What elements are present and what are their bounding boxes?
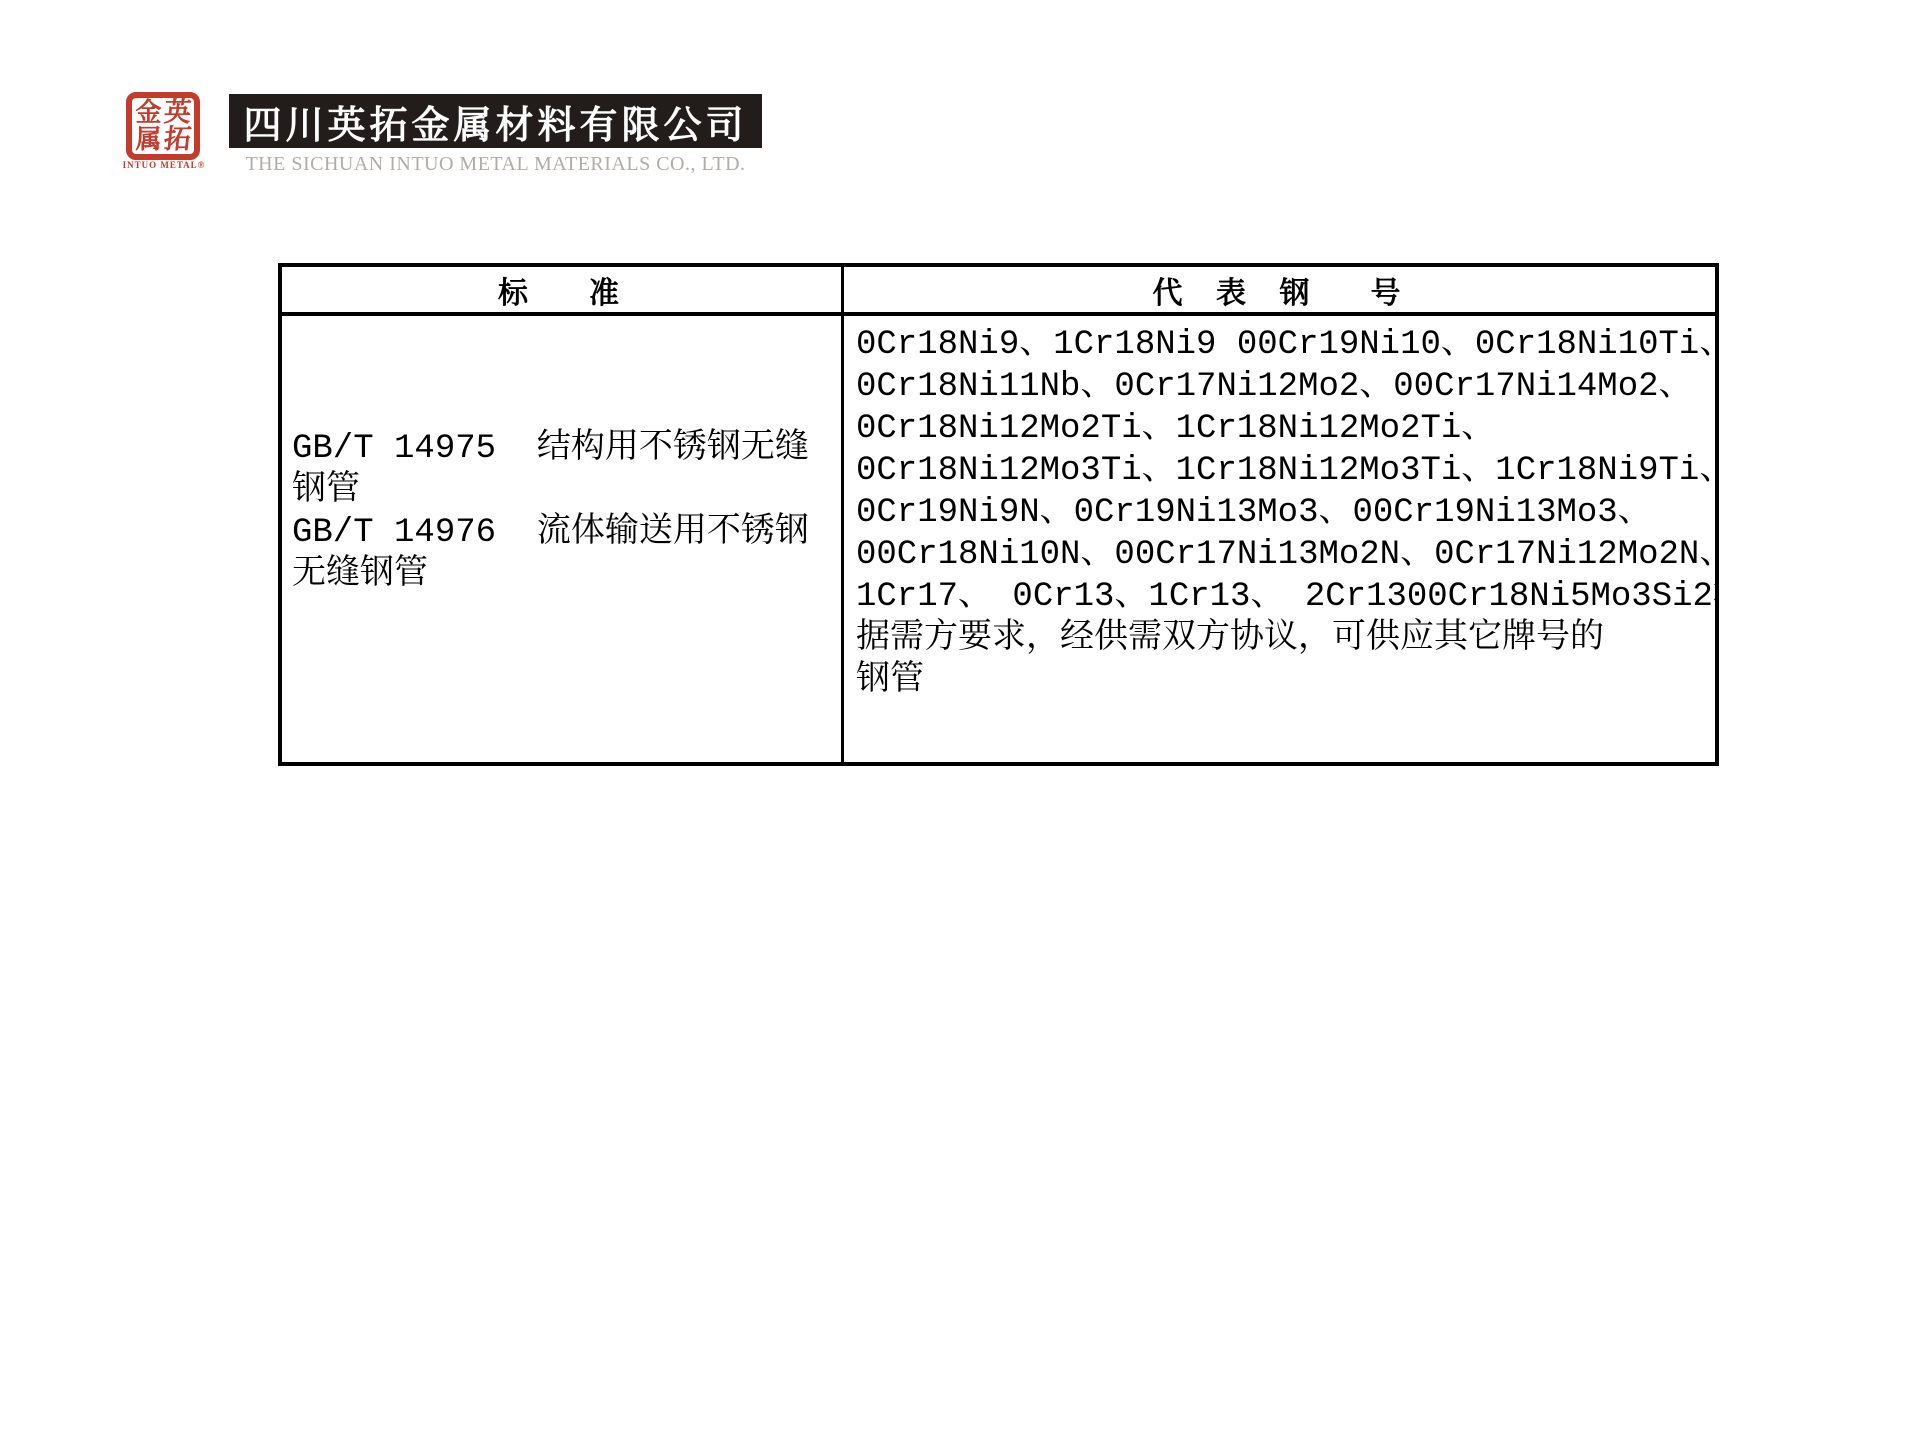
text-line: 0Cr18Ni11Nb、0Cr17Ni12Mo2、00Cr17Ni14Mo2、 bbox=[856, 366, 1707, 408]
company-subtitle: THE SICHUAN INTUO METAL MATERIALS CO., L… bbox=[245, 153, 745, 176]
text-line: 0Cr18Ni12Mo2Ti、1Cr18Ni12Mo2Ti、 bbox=[856, 408, 1707, 450]
text-line: 1Cr17、 0Cr13、1Cr13、 2Cr1300Cr18Ni5Mo3Si2… bbox=[856, 576, 1707, 618]
text-line: GB/T 14976 流体输送用不锈钢 bbox=[292, 512, 833, 554]
cell-grades: 0Cr18Ni9、1Cr18Ni9 00Cr19Ni10、0Cr18Ni10Ti… bbox=[844, 316, 1715, 762]
company-name: 四川英拓金属材料有限公司 bbox=[243, 94, 747, 149]
text-line: 钢管 bbox=[292, 470, 833, 512]
text-line: 0Cr18Ni12Mo3Ti、1Cr18Ni12Mo3Ti、1Cr18Ni9Ti… bbox=[856, 450, 1707, 492]
seal-char: 金 bbox=[135, 99, 161, 126]
text-line: 据需方要求，经供需双方协议，可供应其它牌号的 bbox=[856, 618, 1707, 660]
standards-table: 标 准 代 表 钢 号 GB/T 14975 结构用不锈钢无缝钢管GB/T 14… bbox=[278, 263, 1719, 766]
header-cell-grades: 代 表 钢 号 bbox=[844, 267, 1715, 316]
document-page: 金 属 英 拓 INTUO METAL® 四川英拓金属材料有限公司 THE SI… bbox=[0, 0, 1920, 1440]
company-name-banner: 四川英拓金属材料有限公司 bbox=[229, 94, 762, 148]
text-line: 0Cr18Ni9、1Cr18Ni9 00Cr19Ni10、0Cr18Ni10Ti… bbox=[856, 324, 1707, 366]
text-line: GB/T 14975 结构用不锈钢无缝 bbox=[292, 428, 833, 470]
seal-caption: INTUO METAL® bbox=[118, 160, 210, 170]
company-name-english: THE SICHUAN INTUO METAL MATERIALS CO., L… bbox=[229, 153, 762, 175]
text-line: 钢管 bbox=[856, 660, 1707, 702]
cell-standard: GB/T 14975 结构用不锈钢无缝钢管GB/T 14976 流体输送用不锈钢… bbox=[282, 316, 844, 762]
text-line: 00Cr18Ni10N、00Cr17Ni13Mo2N、0Cr17Ni12Mo2N… bbox=[856, 534, 1707, 576]
seal-left-column: 金 属 bbox=[135, 99, 161, 153]
seal-char: 属 bbox=[135, 126, 161, 153]
seal-char: 拓 bbox=[162, 126, 192, 153]
seal-char: 英 bbox=[162, 99, 192, 126]
company-seal-icon: 金 属 英 拓 bbox=[126, 92, 200, 160]
text-line: 无缝钢管 bbox=[292, 554, 833, 596]
header-cell-standard: 标 准 bbox=[282, 267, 844, 316]
seal-right-column: 英 拓 bbox=[164, 99, 191, 153]
text-line: 0Cr19Ni9N、0Cr19Ni13Mo3、00Cr19Ni13Mo3、 bbox=[856, 492, 1707, 534]
